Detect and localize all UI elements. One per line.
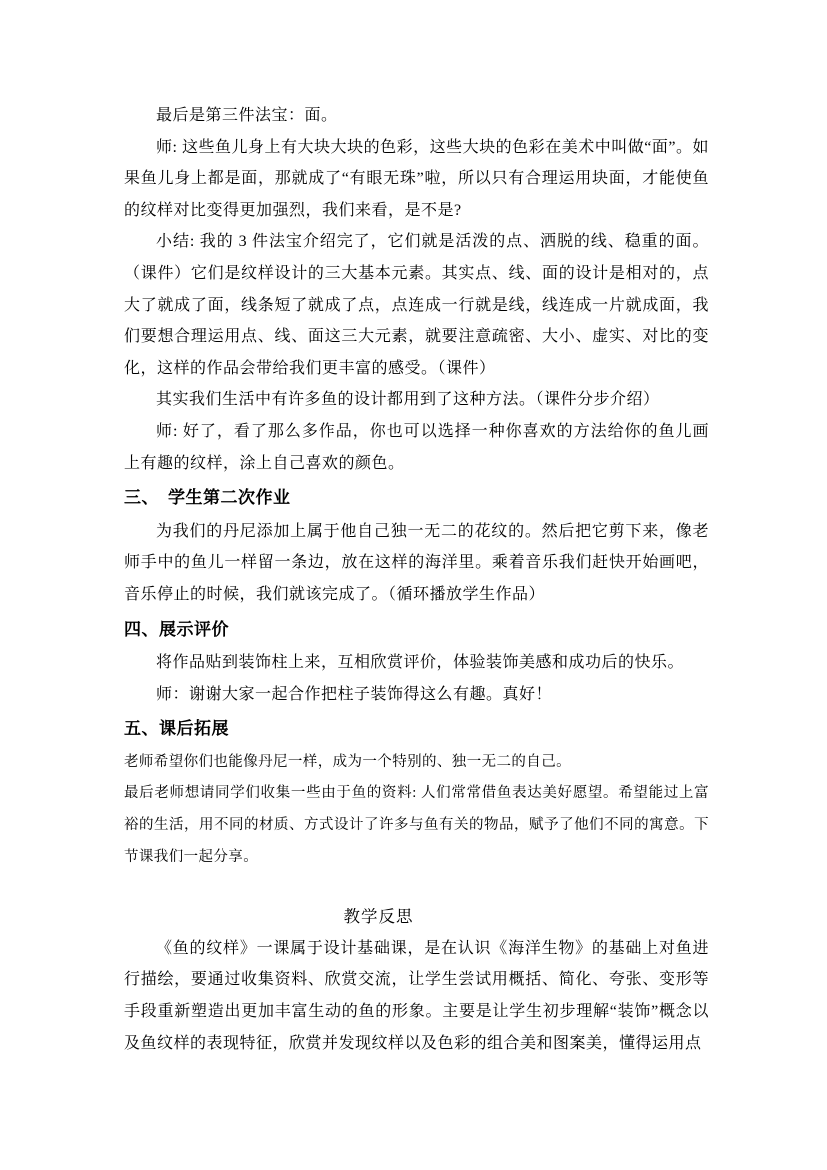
paragraph-teacher-hope: 老师希望你们也能像丹尼一样，成为一个特别的、独一无二的自己。 <box>124 747 709 779</box>
paragraph-teacher-choose-method: 师: 好了，看了那么多作品，你也可以选择一种你喜欢的方法给你的鱼儿画上有趣的纹样… <box>124 416 709 479</box>
paragraph-life-fish-design: 其实我们生活中有许多鱼的设计都用到了这种方法。（课件分步介绍） <box>124 384 709 416</box>
section-heading-3-second-assignment: 三、 学生第二次作业 <box>124 482 709 514</box>
paragraph-treasure-three: 最后是第三件法宝：面。 <box>124 100 709 132</box>
paragraph-teacher-thanks: 师：谢谢大家一起合作把柱子装饰得这么有趣。真好！ <box>124 679 709 711</box>
paragraph-summary-three-treasures: 小结: 我的 3 件法宝介绍完了，它们就是活泼的点、洒脱的线、稳重的面。（课件）… <box>124 226 709 384</box>
paragraph-stick-works: 将作品贴到装饰柱上来，互相欣赏评价，体验装饰美感和成功后的快乐。 <box>124 647 709 679</box>
document-page: 最后是第三件法宝：面。 师: 这些鱼儿身上有大块大块的色彩，这些大块的色彩在美术… <box>0 0 827 1170</box>
section-heading-4-display-evaluation: 四、展示评价 <box>124 614 709 646</box>
paragraph-teacher-mian: 师: 这些鱼儿身上有大块大块的色彩，这些大块的色彩在美术中叫做“面”。如果鱼儿身… <box>124 132 709 227</box>
paragraph-collect-fish-material: 最后老师想请同学们收集一些由于鱼的资料: 人们常常借鱼表达美好愿望。希望能过上富… <box>124 778 709 873</box>
paragraph-danny-pattern-task: 为我们的丹尼添加上属于他自己独一无二的花纹的。然后把它剪下来，像老师手中的鱼儿一… <box>124 516 709 611</box>
paragraph-reflection-body: 《鱼的纹样》一课属于设计基础课，是在认识《海洋生物》的基础上对鱼进行描绘，要通过… <box>124 933 709 1059</box>
section-heading-5-extension: 五、课后拓展 <box>124 713 709 745</box>
teaching-reflection-heading: 教学反思 <box>86 901 671 933</box>
